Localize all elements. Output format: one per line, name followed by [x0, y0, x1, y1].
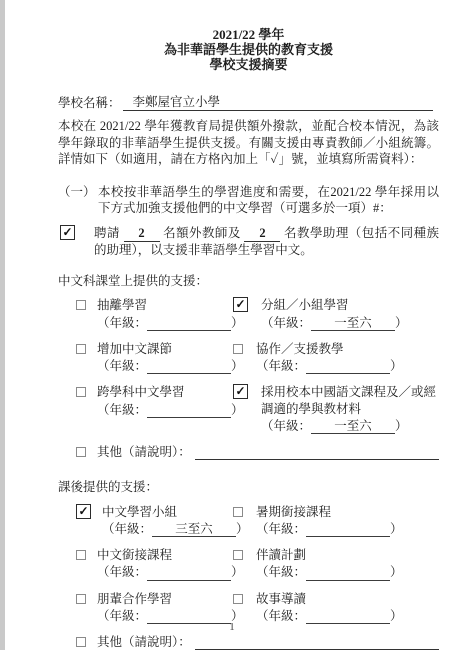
hire-option: ✓ 聘請 2 名額外教師及 2 名教學助理（包括不同種族的助理），以支援非華語學…	[60, 225, 439, 259]
option-label: 抽離學習	[97, 297, 244, 313]
grade-line: （年級：）	[97, 564, 244, 580]
option-inclass-other: 其他（請說明）：	[76, 444, 439, 460]
grade-line: （年級：）	[256, 521, 439, 537]
grade-open: （年級：	[97, 359, 147, 373]
option-label: 中文學習小組	[102, 504, 249, 520]
grade-open: （年級：	[261, 419, 311, 433]
checkbox-cross-curricular[interactable]	[76, 387, 86, 397]
option-school-based-curriculum: ✓ 採用校本中國語文課程及／或經調適的學與教材料 （年級：一至六）	[233, 384, 439, 434]
option-afterclass-other: 其他（請說明）：	[76, 634, 439, 650]
option-label: 中文銜接課程	[97, 547, 244, 563]
grade-close: ）	[390, 522, 403, 536]
grade-close: ）	[390, 359, 403, 373]
option-label: 故事導讀	[256, 591, 439, 607]
grade-input[interactable]	[306, 373, 390, 374]
grade-close: ）	[395, 316, 408, 330]
option-cooperative-teaching: 協作／支援教學 （年級：）	[233, 341, 439, 375]
page-title: 2021/22 學年 為非華語學生提供的教育支援 學校支援摘要	[58, 27, 439, 72]
option-group-learning: ✓ 分組／小組學習 （年級：一至六）	[233, 297, 439, 331]
school-name-label: 學校名稱：	[58, 95, 121, 111]
grade-input[interactable]	[147, 417, 231, 418]
option-pullout-learning: 抽離學習 （年級：）	[76, 297, 233, 331]
option-extra-chinese-lessons: 增加中文課節 （年級：）	[76, 341, 233, 375]
option-label: 跨學科中文學習	[97, 384, 244, 400]
grade-open: （年級：	[97, 565, 147, 579]
inclass-other-input[interactable]	[195, 459, 439, 460]
option-cross-curricular: 跨學科中文學習 （年級：）	[76, 384, 233, 434]
document-page: 2021/22 學年 為非華語學生提供的教育支援 學校支援摘要 學校名稱： 李鄭…	[0, 0, 459, 650]
checkbox-hire[interactable]: ✓	[60, 225, 75, 240]
school-name-input[interactable]: 李鄭屋官立小學	[123, 95, 433, 111]
grid-row: ✓ 中文學習小組 （年級：三至六） 暑期銜接課程 （年級：）	[76, 504, 439, 538]
grade-close: ）	[395, 419, 408, 433]
section-1-heading: （一） 本校按非華語學生的學習進度和需要，在2021/22 學年採用以下方式加強…	[58, 184, 439, 217]
title-main: 為非華語學生提供的教育支援	[58, 42, 439, 57]
grade-input[interactable]: 三至六	[152, 522, 236, 537]
checkbox-cooperative-teaching[interactable]	[233, 344, 243, 354]
option-label: 協作／支援教學	[256, 341, 439, 357]
inclass-support-heading: 中文科課堂上提供的支援：	[58, 273, 439, 289]
option-summer-bridging: 暑期銜接課程 （年級：）	[233, 504, 439, 538]
hire-text-pre: 聘請	[94, 226, 120, 240]
grid-row: 抽離學習 （年級：） ✓ 分組／小組學習 （年級：一至六）	[76, 297, 439, 331]
option-label: 採用校本中國語文課程及／或經調適的學與教材料	[261, 384, 439, 417]
option-chinese-learning-group: ✓ 中文學習小組 （年級：三至六）	[76, 504, 233, 538]
grade-input[interactable]	[147, 373, 231, 374]
grade-open: （年級：	[256, 522, 306, 536]
option-label: 暑期銜接課程	[256, 504, 439, 520]
checkbox-group-learning[interactable]: ✓	[233, 297, 248, 312]
grade-open: （年級：	[97, 316, 147, 330]
grade-open: （年級：	[102, 522, 152, 536]
grade-line: （年級：）	[97, 315, 244, 331]
checkbox-summer-bridging[interactable]	[233, 507, 243, 517]
grade-input[interactable]	[306, 580, 390, 581]
checkbox-peer-learning[interactable]	[76, 594, 86, 604]
option-label: 伴讀計劃	[256, 547, 439, 563]
intro-paragraph: 本校在 2021/22 學年獲教育局提供額外撥款，並配合校本情況，為該學年錄取的…	[58, 118, 439, 167]
checkbox-chinese-learning-group[interactable]: ✓	[76, 504, 91, 519]
grid-row: 跨學科中文學習 （年級：） ✓ 採用校本中國語文課程及／或經調適的學與教材料 （…	[76, 384, 439, 434]
assistants-count-input[interactable]: 2	[244, 225, 280, 242]
title-sub: 學校支援摘要	[58, 57, 439, 72]
grade-close: ）	[390, 565, 403, 579]
other-label: 其他（請說明）：	[97, 444, 191, 460]
teachers-count-input[interactable]: 2	[124, 225, 160, 242]
section-1-text: 本校按非華語學生的學習進度和需要，在2021/22 學年採用以下方式加強支援他們…	[98, 184, 439, 217]
grade-input[interactable]	[147, 580, 231, 581]
grade-open: （年級：	[256, 359, 306, 373]
grade-line: （年級：一至六）	[261, 418, 439, 434]
option-label: 朋輩合作學習	[97, 591, 244, 607]
grade-input[interactable]	[306, 536, 390, 537]
checkbox-reading-buddy[interactable]	[233, 550, 243, 560]
checkbox-extra-lessons[interactable]	[76, 344, 86, 354]
option-reading-buddy: 伴讀計劃 （年級：）	[233, 547, 439, 581]
other-label: 其他（請說明）：	[97, 634, 191, 650]
title-year: 2021/22 學年	[58, 27, 439, 42]
option-chinese-bridging: 中文銜接課程 （年級：）	[76, 547, 233, 581]
grade-line: （年級：三至六）	[102, 521, 249, 537]
page-number: 1	[5, 620, 459, 634]
grade-input[interactable]	[147, 330, 231, 331]
checkbox-chinese-bridging[interactable]	[76, 550, 86, 560]
school-name-row: 學校名稱： 李鄭屋官立小學	[58, 95, 439, 111]
inclass-support-grid: 抽離學習 （年級：） ✓ 分組／小組學習 （年級：一至六） 增加中文課節	[76, 297, 439, 460]
grade-line: （年級：）	[256, 358, 439, 374]
hire-text-mid: 名額外教師及	[163, 226, 241, 240]
checkbox-inclass-other[interactable]	[76, 447, 86, 457]
grade-line: （年級：一至六）	[261, 315, 439, 331]
hire-text: 聘請 2 名額外教師及 2 名教學助理（包括不同種族的助理），以支援非華語學生學…	[94, 225, 439, 259]
checkbox-pullout[interactable]	[76, 300, 86, 310]
grade-line: （年級：）	[97, 358, 244, 374]
grade-open: （年級：	[256, 565, 306, 579]
section-1-number: （一）	[58, 184, 98, 217]
grade-input[interactable]: 一至六	[311, 316, 395, 331]
grade-open: （年級：	[261, 316, 311, 330]
option-label: 分組／小組學習	[261, 297, 439, 313]
checkbox-story-reading[interactable]	[233, 594, 243, 604]
grid-row: 中文銜接課程 （年級：） 伴讀計劃 （年級：）	[76, 547, 439, 581]
checkbox-afterclass-other[interactable]	[76, 637, 86, 647]
option-label: 增加中文課節	[97, 341, 244, 357]
grade-input[interactable]: 一至六	[311, 419, 395, 434]
grade-open: （年級：	[97, 403, 147, 417]
grade-line: （年級：）	[256, 564, 439, 580]
grade-line: （年級：）	[97, 402, 244, 418]
checkbox-school-based-curriculum[interactable]: ✓	[233, 384, 248, 399]
afterclass-support-heading: 課後提供的支援：	[58, 479, 439, 495]
grid-row: 增加中文課節 （年級：） 協作／支援教學 （年級：）	[76, 341, 439, 375]
